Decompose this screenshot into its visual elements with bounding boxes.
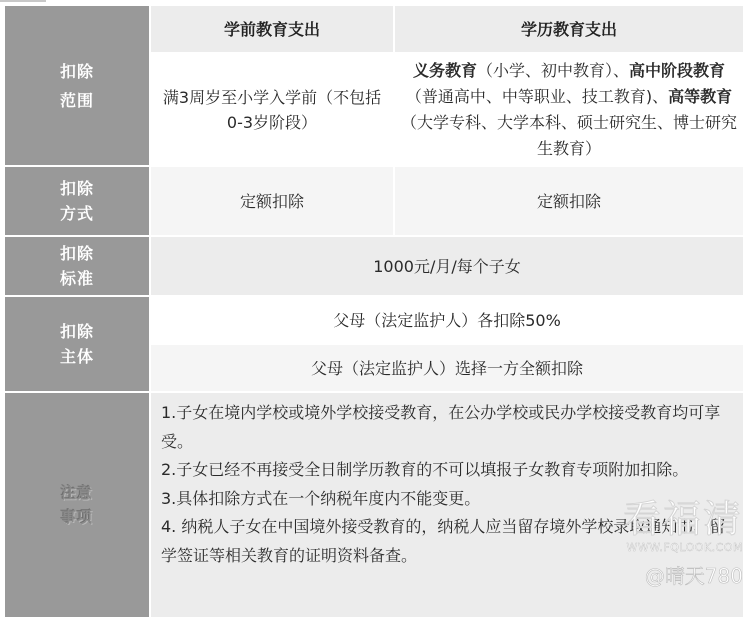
row-label-line2: 标准	[5, 266, 149, 291]
row-label-standard: 扣除 标准	[5, 237, 149, 295]
table-row-standard: 扣除 标准 1000元/月/每个子女	[5, 237, 743, 295]
column-header-academic: 学历教育支出	[395, 6, 743, 52]
note-item-3: 3.具体扣除方式在一个纳税年度内不能变更。	[161, 485, 735, 514]
row-label-line1: 扣除	[5, 319, 149, 344]
subject-option-split: 父母（法定监护人）各扣除50%	[151, 297, 743, 343]
scope-higher-detail: （大学专科、大学本科、硕士研究生、博士研究生教育）	[401, 113, 737, 158]
row-label-line1: 扣除	[5, 176, 149, 201]
subject-option-single: 父母（法定监护人）选择一方全额扣除	[151, 345, 743, 391]
method-preschool-cell: 定额扣除	[151, 167, 393, 235]
table-row-notes: 注意 事项 1.子女在境内学校或境外学校接受教育，在公办学校或民办学校接受教育均…	[5, 393, 743, 617]
scope-highschool-detail: （普通高中、中等职业、技工教育)、	[406, 87, 668, 106]
scope-compulsory-detail: （小学、初中教育）、	[477, 61, 629, 80]
note-item-4: 4. 纳税人子女在中国境外接受教育的，纳税人应当留存境外学校录取通知书、留学签证…	[161, 513, 735, 570]
scope-highschool-label: 高中阶段教育	[629, 61, 725, 80]
scope-compulsory-label: 义务教育	[413, 61, 477, 80]
row-label-line2: 方式	[5, 201, 149, 226]
row-label-scope: 扣除 范围	[5, 6, 149, 165]
note-item-2: 2.子女已经不再接受全日制学历教育的不可以填报子女教育专项附加扣除。	[161, 456, 735, 485]
row-label-notes: 注意 事项	[5, 393, 149, 617]
child-education-deduction-table: 扣除 范围 学前教育支出 学历教育支出 满3周岁至小学入学前（不包括0-3岁阶段…	[3, 4, 745, 619]
notes-list: 1.子女在境内学校或境外学校接受教育，在公办学校或民办学校接受教育均可享受。 2…	[151, 393, 743, 617]
scope-preschool-text: 满3周岁至小学入学前（不包括0-3岁阶段）	[163, 88, 381, 132]
header-row: 扣除 范围 学前教育支出 学历教育支出	[5, 6, 743, 52]
row-label-line1: 注意	[5, 481, 149, 505]
top-edge-line	[0, 0, 46, 2]
method-academic-cell: 定额扣除	[395, 167, 743, 235]
column-header-preschool: 学前教育支出	[151, 6, 393, 52]
row-label-method: 扣除 方式	[5, 167, 149, 235]
row-label-line2: 事项	[5, 505, 149, 529]
note-item-1: 1.子女在境内学校或境外学校接受教育，在公办学校或民办学校接受教育均可享受。	[161, 399, 735, 456]
scope-academic-cell: 义务教育（小学、初中教育）、高中阶段教育（普通高中、中等职业、技工教育)、高等教…	[395, 54, 743, 165]
row-label-subject: 扣除 主体	[5, 297, 149, 391]
row-label-line1: 扣除	[5, 241, 149, 266]
table-row-method: 扣除 方式 定额扣除 定额扣除	[5, 167, 743, 235]
table-row-subject-a: 扣除 主体 父母（法定监护人）各扣除50%	[5, 297, 743, 343]
standard-amount-cell: 1000元/月/每个子女	[151, 237, 743, 295]
row-label-line1: 扣除	[5, 57, 149, 86]
scope-higher-label: 高等教育	[668, 87, 732, 106]
row-label-line2: 主体	[5, 344, 149, 369]
scope-preschool-cell: 满3周岁至小学入学前（不包括0-3岁阶段）	[151, 54, 393, 165]
row-label-line2: 范围	[5, 86, 149, 115]
